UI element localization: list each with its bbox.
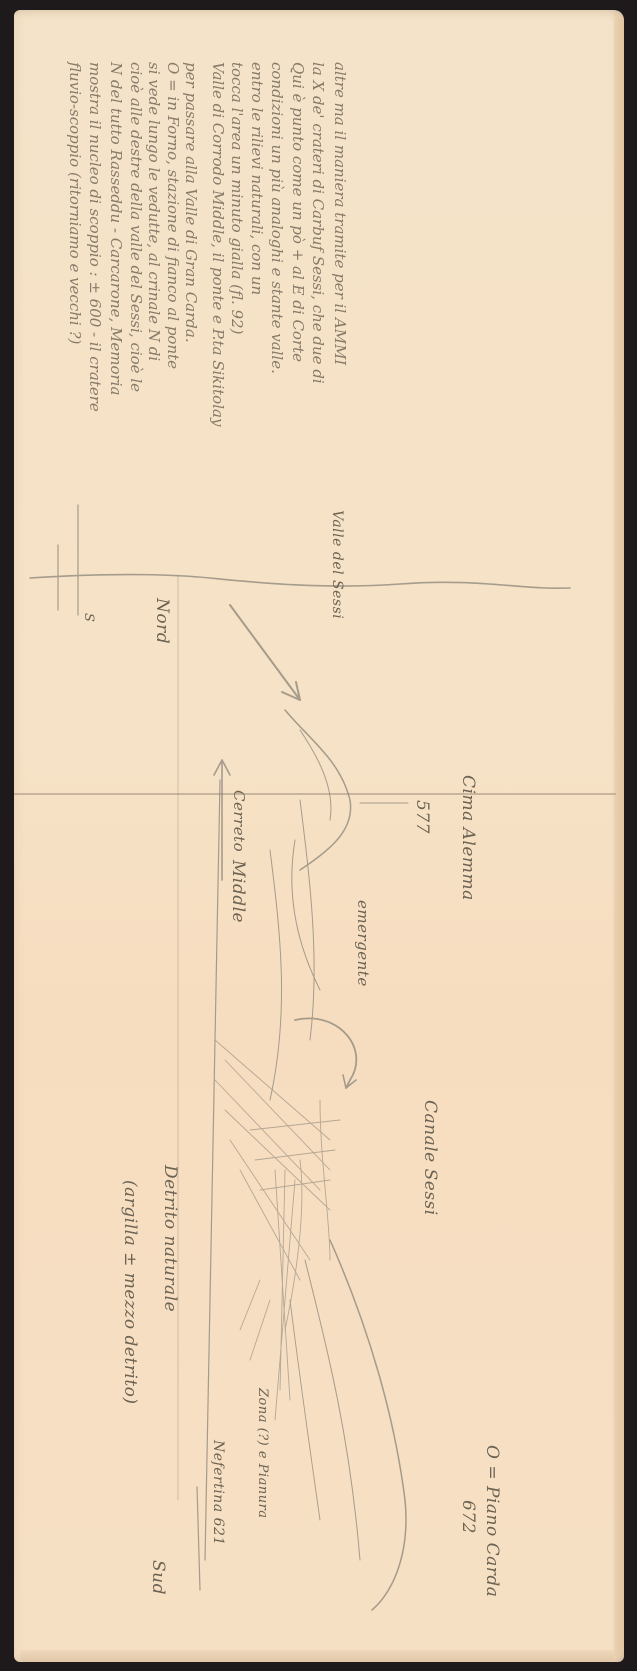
note-line: mostra il nucleo di scoppio : ± 600 - il… <box>86 62 104 412</box>
label-zona-elevation: Nefertina 621 <box>210 1440 226 1546</box>
note-line: Valle di Corrodo Middle, il ponte e P.ta… <box>209 62 227 426</box>
label-middle: Middle <box>228 860 248 923</box>
label-sud: Sud <box>148 1560 168 1595</box>
note-line: fluvio-scoppio (ritorniamo e vecchi ?) <box>66 62 84 344</box>
label-canale: Canale Sessi <box>420 1100 440 1216</box>
label-cerreto: Cerreto <box>230 790 248 852</box>
label-piano-carda: O = Piano Carda <box>482 1445 502 1597</box>
note-line: la X de' crateri di Carbuf Sessi, che du… <box>309 62 327 384</box>
note-line: O = in Forno, stazione di fianco al pont… <box>164 62 182 369</box>
label-cima-elevation: 577 <box>412 800 432 834</box>
note-line: N del tutto Rasseddu - Carcarone, Memori… <box>107 62 125 395</box>
hatched-mass <box>215 1040 340 1420</box>
label-detrito: Detrito naturale <box>160 1165 180 1312</box>
label-nord: Nord <box>152 598 172 644</box>
note-line: cioè alle destre della valle del Sessi, … <box>127 62 145 392</box>
label-cima: Cima Alemma <box>458 775 478 901</box>
label-zona: Zona (?) e Pianura <box>255 1388 270 1519</box>
label-piano-carda-elevation: 672 <box>458 1500 478 1534</box>
note-line: si vede lungo le vedutte, al crinale N d… <box>145 62 163 361</box>
note-line: per passare alla Valle di Gran Carda. <box>182 62 200 343</box>
label-valle: Valle del Sessi <box>329 510 345 619</box>
label-emergente: emergente <box>354 900 372 987</box>
note-line: entro le rilievi naturali, con un <box>248 62 266 295</box>
note-line: Qui è punto come un pò + al E di Corte <box>289 62 307 362</box>
note-line: condizioni un più analoghi e stante vall… <box>268 62 286 374</box>
note-line: altre ma il maniera tramite per il AMMI <box>331 62 349 365</box>
note-line: tocca l'area un minuto gialla (fl. 92) <box>228 62 246 334</box>
label-s-mark: S <box>81 613 96 622</box>
label-detrito-sub: (argilla ± mezzo detrito) <box>120 1180 140 1405</box>
boundary-line <box>30 575 570 589</box>
